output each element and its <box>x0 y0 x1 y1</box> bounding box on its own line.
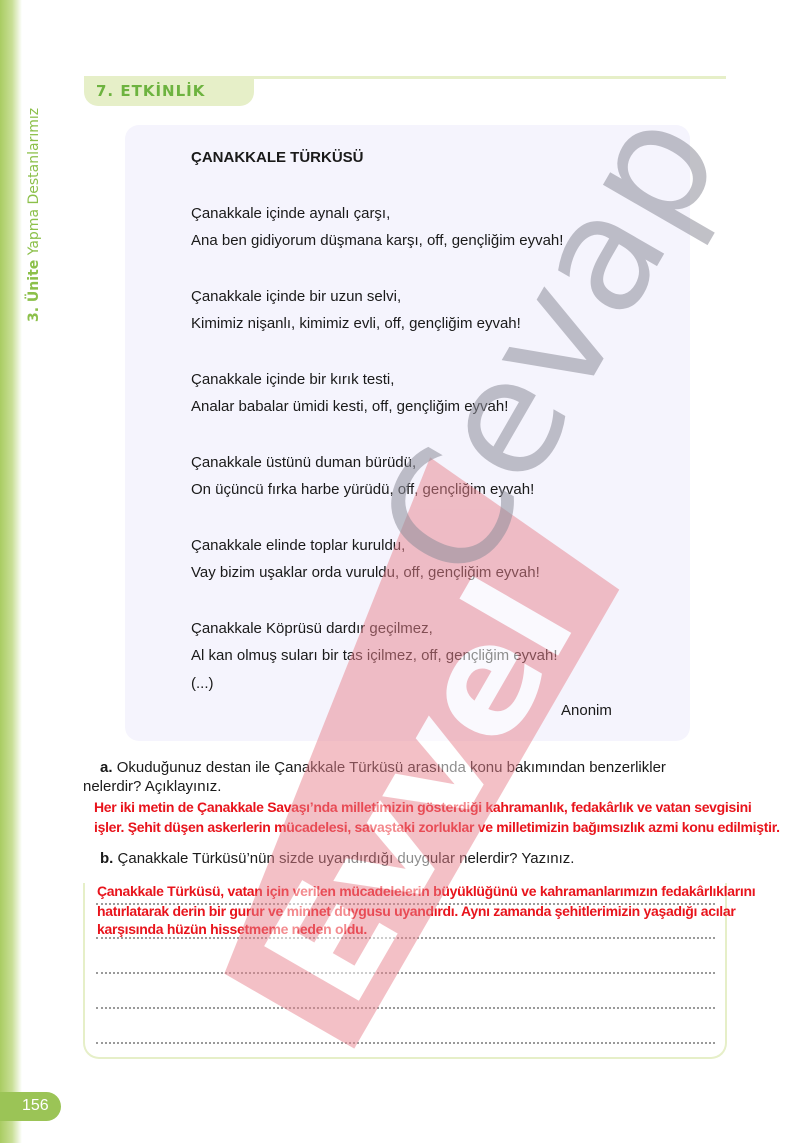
writing-line <box>96 972 715 974</box>
writing-line <box>96 1042 715 1044</box>
question-a-text-cont: nelerdir? Açıklayınız. <box>83 778 221 795</box>
question-a-text: Okuduğunuz destan ile Çanakkale Türküsü … <box>117 759 666 776</box>
poem-line: Al kan olmuş suları bir tas içilmez, off… <box>191 647 558 664</box>
answer-b-line: Çanakkale Türküsü, vatan için verilen mü… <box>97 883 755 899</box>
poem-line: Analar babalar ümidi kesti, off, gençliğ… <box>191 398 508 415</box>
poem-line: Çanakkale içinde bir kırık testi, <box>191 371 394 388</box>
answer-b-line: hatırlatarak derin bir gurur ve minnet d… <box>97 903 736 919</box>
unit-side-label: 3. Ünite Yapma Destanlarımız <box>26 108 42 322</box>
poem-line: On üçüncü fırka harbe yürüdü, off, gençl… <box>191 481 534 498</box>
poem-line: Çanakkale içinde aynalı çarşı, <box>191 205 390 222</box>
side-color-strip <box>0 0 22 1143</box>
poem-title: ÇANAKKALE TÜRKÜSÜ <box>191 149 364 166</box>
poem-line: Çanakkale elinde toplar kuruldu, <box>191 537 405 554</box>
page-number: 156 <box>22 1097 49 1115</box>
activity-title: 7. ETKİNLİK <box>96 82 205 100</box>
poem-line: Ana ben gidiyorum düşmana karşı, off, ge… <box>191 232 563 249</box>
poem-line: Kimimiz nişanlı, kimimiz evli, off, genç… <box>191 315 521 332</box>
question-a: a. Okuduğunuz destan ile Çanakkale Türkü… <box>100 759 666 776</box>
question-b-letter: b. <box>100 850 113 867</box>
unit-title: Yapma Destanlarımız <box>26 108 42 255</box>
unit-number: 3. Ünite <box>26 260 42 322</box>
writing-line <box>96 1007 715 1009</box>
poem-line: Çanakkale üstünü duman bürüdü, <box>191 454 416 471</box>
question-b-text: Çanakkale Türküsü’nün sizde uyandırdığı … <box>118 850 575 867</box>
question-a-letter: a. <box>100 759 113 776</box>
poem-line: (...) <box>191 675 214 692</box>
writing-line <box>96 937 715 939</box>
poem-line: Çanakkale Köprüsü dardır geçilmez, <box>191 620 433 637</box>
poem-line: Vay bizim uşaklar orda vuruldu, off, gen… <box>191 564 540 581</box>
answer-a-line: Her iki metin de Çanakkale Savaşı’nda mi… <box>94 799 751 815</box>
question-b: b. Çanakkale Türküsü’nün sizde uyandırdı… <box>100 850 574 867</box>
answer-a-line: işler. Şehit düşen askerlerin mücadelesi… <box>94 819 780 835</box>
poem-author: Anonim <box>561 702 612 719</box>
poem-line: Çanakkale içinde bir uzun selvi, <box>191 288 401 305</box>
answer-b-line: karşısında hüzün hissetmeme neden oldu. <box>97 921 367 937</box>
